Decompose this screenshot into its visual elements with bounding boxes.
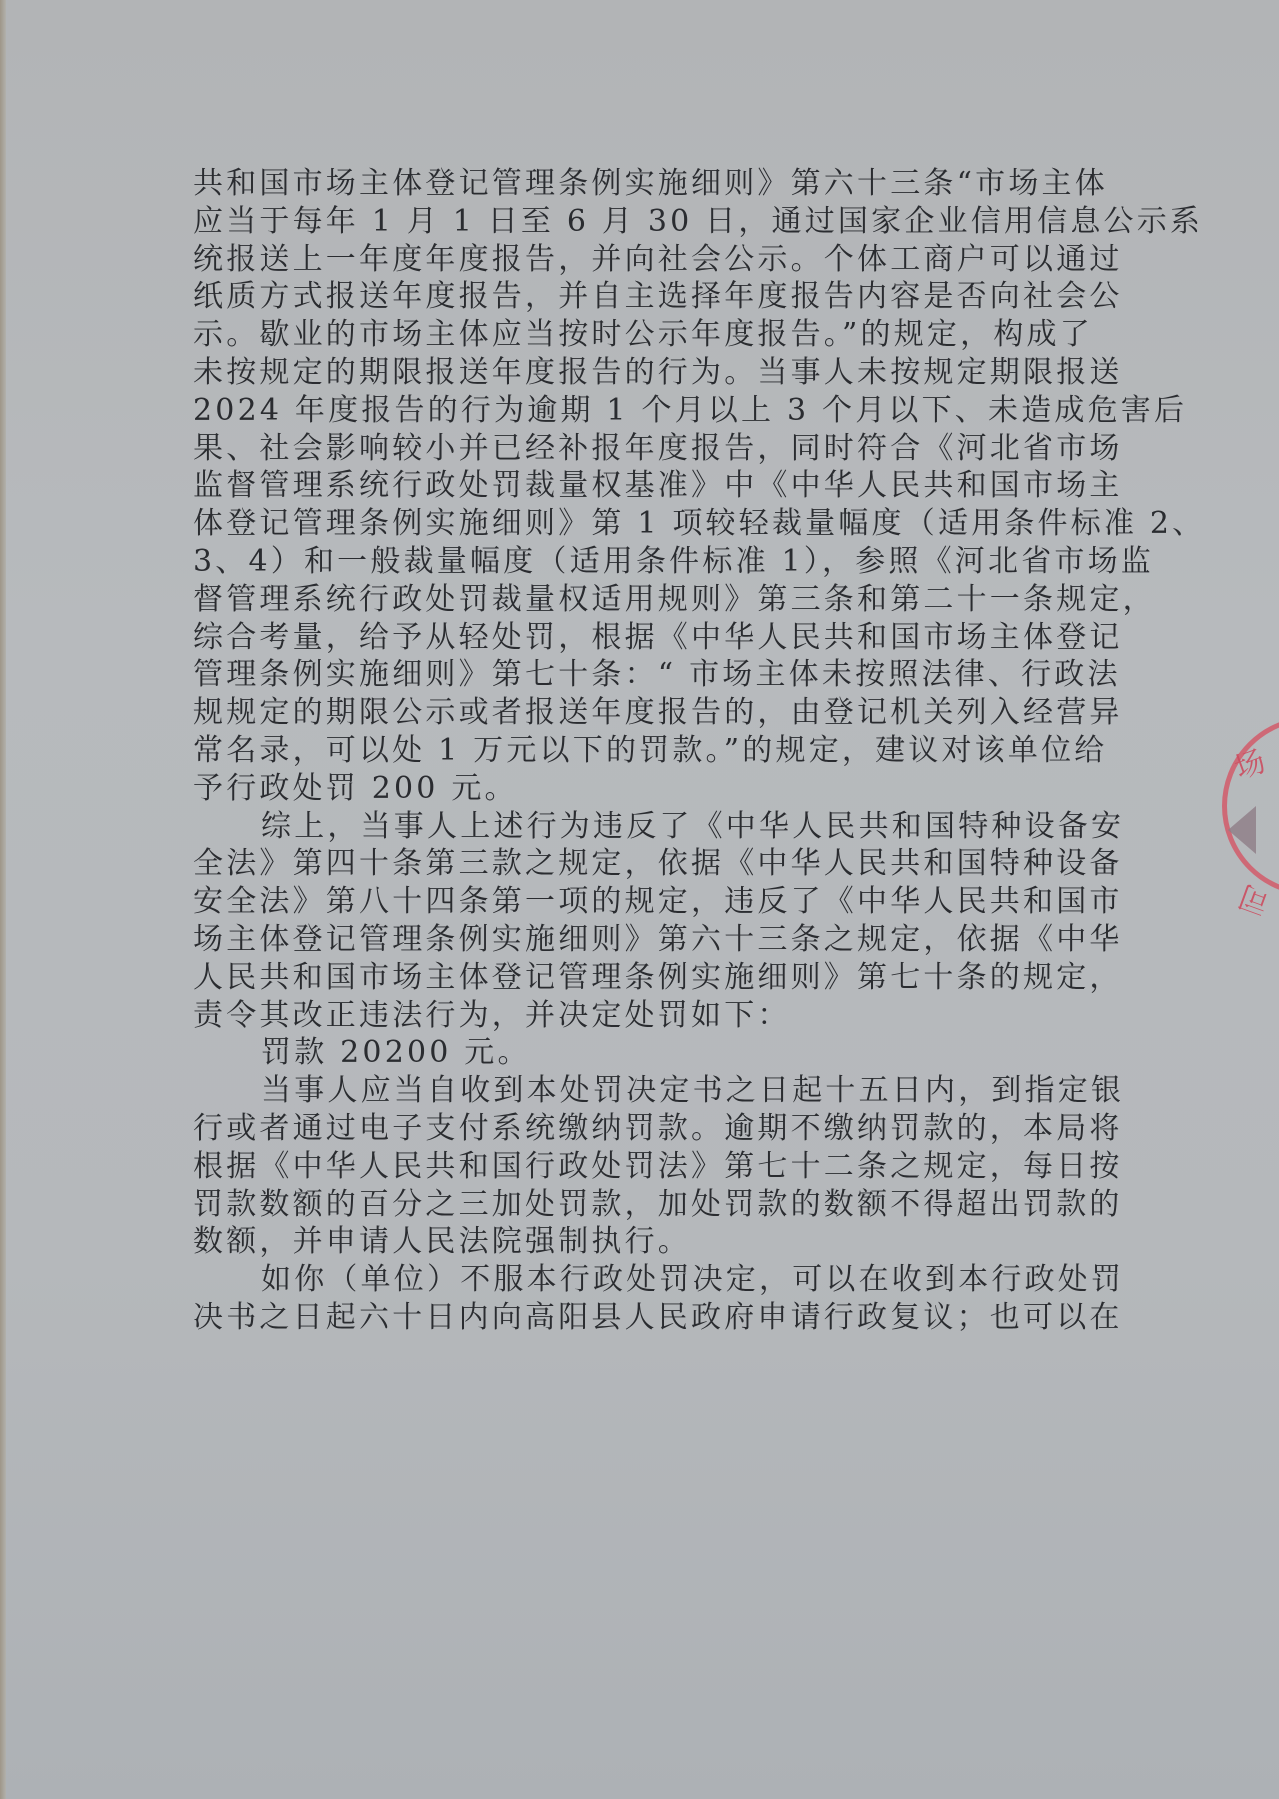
text-line: 人民共和国市场主体登记管理条例实施细则》第七十条的规定， [193, 959, 1103, 997]
text-line: 管理条例实施细则》第七十条：“ 市场主体未按照法律、行政法 [193, 656, 1103, 694]
text-line: 督管理系统行政处罚裁量权适用规则》第三条和第二十一条规定， [193, 581, 1103, 619]
text-line: 应当于每年 1 月 1 日至 6 月 30 日，通过国家企业信用信息公示系 [193, 203, 1103, 241]
text-line: 未按规定的期限报送年度报告的行为。当事人未按规定期限报送 [193, 354, 1103, 392]
text-line: 予行政处罚 200 元。 [193, 770, 1103, 808]
text-line: 示。歇业的市场主体应当按时公示年度报告。”的规定，构成了 [193, 316, 1103, 354]
text-line: 罚款数额的百分之三加处罚款，加处罚款的数额不得超出罚款的 [193, 1186, 1103, 1224]
text-line: 体登记管理条例实施细则》第 1 项较轻裁量幅度（适用条件标准 2、 [193, 505, 1103, 543]
text-line: 行或者通过电子支付系统缴纳罚款。逾期不缴纳罚款的，本局将 [193, 1110, 1103, 1148]
text-line: 数额，并申请人民法院强制执行。 [193, 1223, 1103, 1261]
text-line: 统报送上一年度年度报告，并向社会公示。个体工商户可以通过 [193, 241, 1103, 279]
text-line: 共和国市场主体登记管理条例实施细则》第六十三条“市场主体 [193, 165, 1103, 203]
text-line: 果、社会影响较小并已经补报年度报告，同时符合《河北省市场 [193, 430, 1103, 468]
text-line: 场主体登记管理条例实施细则》第六十三条之规定，依据《中华 [193, 921, 1103, 959]
text-line: 决书之日起六十日内向高阳县人民政府申请行政复议；也可以在 [193, 1299, 1103, 1337]
text-line: 2024 年度报告的行为逾期 1 个月以上 3 个月以下、未造成危害后 [193, 392, 1103, 430]
document-body: 共和国市场主体登记管理条例实施细则》第六十三条“市场主体 应当于每年 1 月 1… [193, 165, 1103, 1337]
text-line: 综合考量，给予从轻处罚，根据《中华人民共和国市场主体登记 [193, 619, 1103, 657]
text-line: 责令其改正违法行为，并决定处罚如下： [193, 997, 1103, 1035]
text-line: 纸质方式报送年度报告，并自主选择年度报告内容是否向社会公 [193, 278, 1103, 316]
paragraph-start-line: 综上，当事人上述行为违反了《中华人民共和国特种设备安 [193, 808, 1103, 846]
paragraph-start-line: 如你（单位）不服本行政处罚决定，可以在收到本行政处罚 [193, 1261, 1103, 1299]
fine-amount-line: 罚款 20200 元。 [193, 1034, 1103, 1072]
seal-star-fragment-icon [1228, 806, 1256, 854]
text-line: 常名录，可以处 1 万元以下的罚款。”的规定，建议对该单位给 [193, 732, 1103, 770]
text-line: 全法》第四十条第三款之规定，依据《中华人民共和国特种设备 [193, 845, 1103, 883]
text-line: 安全法》第八十四条第一项的规定，违反了《中华人民共和国市 [193, 883, 1103, 921]
text-line: 根据《中华人民共和国行政处罚法》第七十二条之规定，每日按 [193, 1148, 1103, 1186]
text-line: 规规定的期限公示或者报送年度报告的，由登记机关列入经营异 [193, 694, 1103, 732]
paragraph-start-line: 当事人应当自收到本处罚决定书之日起十五日内，到指定银 [193, 1072, 1103, 1110]
text-line: 3、4）和一般裁量幅度（适用条件标准 1），参照《河北省市场监 [193, 543, 1103, 581]
text-line: 监督管理系统行政处罚裁量权基准》中《中华人民共和国市场主 [193, 467, 1103, 505]
